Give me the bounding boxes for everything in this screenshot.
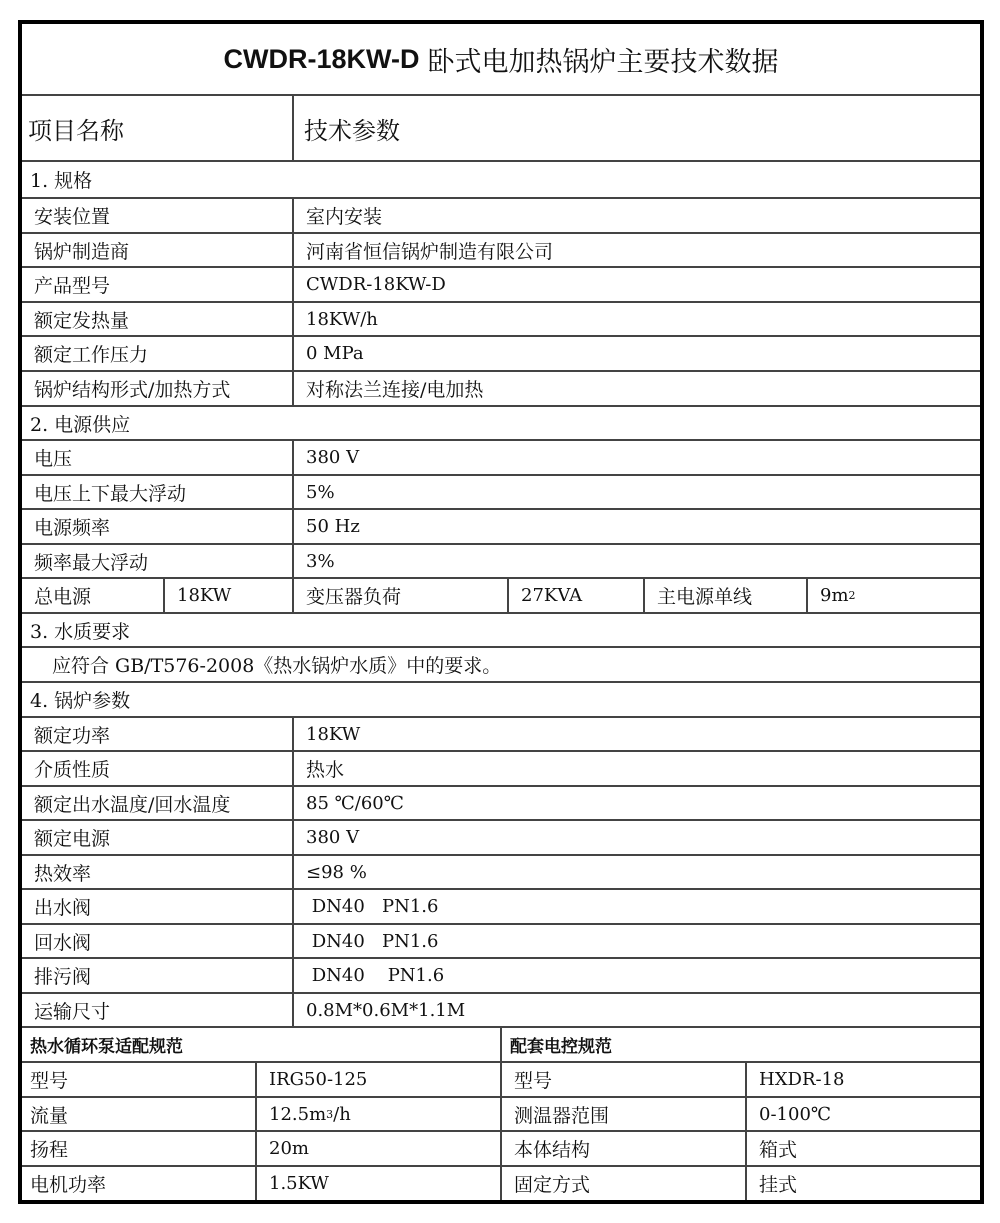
row-label: 额定工作压力 (22, 337, 292, 370)
row-value: DN40 PN1.6 (292, 890, 980, 923)
pump-flow-value: 12.5m (269, 1104, 326, 1125)
table-row: 热效率 ≤98 % (22, 856, 980, 890)
title-model: CWDR-18KW-D (224, 44, 420, 75)
row-value: DN40 PN1.6 (292, 959, 980, 992)
table-row: 产品型号 CWDR-18KW-D (22, 268, 980, 303)
control-value: 箱式 (745, 1132, 980, 1165)
header-tech-params: 技术参数 (292, 96, 980, 160)
spec-table: CWDR-18KW-D 卧式电加热锅炉主要技术数据 项目名称 技术参数 1. 规… (18, 20, 984, 1204)
section4-heading: 4. 锅炉参数 (22, 683, 980, 716)
mainline-value-text: 9m (820, 585, 849, 606)
section3-heading: 3. 水质要求 (22, 614, 980, 646)
title-row: CWDR-18KW-D 卧式电加热锅炉主要技术数据 (22, 24, 980, 96)
table-row: 介质性质 热水 (22, 752, 980, 787)
section-heading: 3. 水质要求 (22, 614, 980, 648)
title-text: 卧式电加热锅炉主要技术数据 (427, 40, 778, 79)
row-label: 电压上下最大浮动 (22, 476, 292, 508)
pump-value: IRG50-125 (255, 1063, 500, 1096)
page-title: CWDR-18KW-D 卧式电加热锅炉主要技术数据 (22, 24, 980, 94)
table-row: 锅炉制造商 河南省恒信锅炉制造有限公司 (22, 234, 980, 268)
table-row: 额定功率 18KW (22, 718, 980, 752)
control-label: 测温器范围 (500, 1098, 745, 1130)
row-label: 介质性质 (22, 752, 292, 785)
row-label: 额定发热量 (22, 303, 292, 335)
row-value: 380 V (292, 821, 980, 854)
control-label: 型号 (500, 1063, 745, 1096)
power-row: 总电源 18KW 变压器负荷 27KVA 主电源单线 9m2 (22, 579, 980, 614)
pump-value: 20m (255, 1132, 500, 1165)
control-label: 本体结构 (500, 1132, 745, 1165)
row-label: 额定功率 (22, 718, 292, 750)
row-value: 3% (292, 545, 980, 577)
mainline-label: 主电源单线 (643, 579, 806, 612)
table-row: 回水阀 DN40 PN1.6 (22, 925, 980, 959)
section-heading: 1. 规格 (22, 162, 980, 199)
table-row: 流量 12.5m3/h 测温器范围 0-100℃ (22, 1098, 980, 1132)
pump-label: 扬程 (22, 1132, 255, 1165)
pump-label: 型号 (22, 1063, 255, 1096)
control-value: 挂式 (745, 1167, 980, 1200)
row-label: 排污阀 (22, 959, 292, 992)
table-row: 额定发热量 18KW/h (22, 303, 980, 337)
section-heading: 2. 电源供应 (22, 407, 980, 441)
total-power-label: 总电源 (22, 579, 163, 612)
row-value: 对称法兰连接/电加热 (292, 372, 980, 405)
row-label: 锅炉制造商 (22, 234, 292, 266)
control-value: 0-100℃ (745, 1098, 980, 1130)
table-row: 额定工作压力 0 MPa (22, 337, 980, 372)
row-value: 380 V (292, 441, 980, 474)
row-value: 50 Hz (292, 510, 980, 543)
mainline-value: 9m2 (806, 579, 980, 612)
table-row: 频率最大浮动 3% (22, 545, 980, 579)
row-value: ≤98 % (292, 856, 980, 888)
row-label: 频率最大浮动 (22, 545, 292, 577)
table-row: 锅炉结构形式/加热方式 对称法兰连接/电加热 (22, 372, 980, 407)
row-label: 安装位置 (22, 199, 292, 232)
row-value: 5% (292, 476, 980, 508)
table-row: 安装位置 室内安装 (22, 199, 980, 234)
table-row: 额定出水温度/回水温度 85 ℃/60℃ (22, 787, 980, 821)
subtable-heading-row: 热水循环泵适配规范 配套电控规范 (22, 1028, 980, 1063)
water-quality-text: 应符合 GB/T576-2008《热水锅炉水质》中的要求。 (22, 648, 980, 681)
row-label: 回水阀 (22, 925, 292, 957)
section2-heading: 2. 电源供应 (22, 407, 980, 439)
row-label: 运输尺寸 (22, 994, 292, 1026)
row-label: 出水阀 (22, 890, 292, 923)
pump-label: 电机功率 (22, 1167, 255, 1200)
control-value: HXDR-18 (745, 1063, 980, 1096)
pump-flow-suffix: /h (333, 1104, 351, 1125)
row-label: 电压 (22, 441, 292, 474)
mainline-unit-sup: 2 (849, 589, 856, 602)
table-row: 额定电源 380 V (22, 821, 980, 856)
row-value: 18KW (292, 718, 980, 750)
table-row: 出水阀 DN40 PN1.6 (22, 890, 980, 925)
table-row: 电源频率 50 Hz (22, 510, 980, 545)
row-value: 室内安装 (292, 199, 980, 232)
pump-flow-sup: 3 (326, 1108, 333, 1121)
table-row: 电压 380 V (22, 441, 980, 476)
row-label: 热效率 (22, 856, 292, 888)
row-value: 河南省恒信锅炉制造有限公司 (292, 234, 980, 266)
row-value: 0 MPa (292, 337, 980, 370)
control-label: 固定方式 (500, 1167, 745, 1200)
header-row: 项目名称 技术参数 (22, 96, 980, 162)
table-row: 运输尺寸 0.8M*0.6M*1.1M (22, 994, 980, 1028)
row-value: 热水 (292, 752, 980, 785)
table-row: 扬程 20m 本体结构 箱式 (22, 1132, 980, 1167)
table-row: 应符合 GB/T576-2008《热水锅炉水质》中的要求。 (22, 648, 980, 683)
row-value: 85 ℃/60℃ (292, 787, 980, 819)
table-row: 型号 IRG50-125 型号 HXDR-18 (22, 1063, 980, 1098)
pump-heading: 热水循环泵适配规范 (22, 1028, 500, 1061)
row-value: 18KW/h (292, 303, 980, 335)
row-label: 额定出水温度/回水温度 (22, 787, 292, 819)
row-value: CWDR-18KW-D (292, 268, 980, 301)
pump-label: 流量 (22, 1098, 255, 1130)
header-item-name: 项目名称 (22, 96, 292, 160)
row-value: DN40 PN1.6 (292, 925, 980, 957)
section1-heading: 1. 规格 (22, 162, 980, 197)
table-row: 电压上下最大浮动 5% (22, 476, 980, 510)
row-label: 产品型号 (22, 268, 292, 301)
row-label: 额定电源 (22, 821, 292, 854)
section-heading: 4. 锅炉参数 (22, 683, 980, 718)
row-label: 锅炉结构形式/加热方式 (22, 372, 292, 405)
row-value: 0.8M*0.6M*1.1M (292, 994, 980, 1026)
pump-value: 1.5KW (255, 1167, 500, 1200)
pump-value: 12.5m3/h (255, 1098, 500, 1130)
control-heading: 配套电控规范 (500, 1028, 980, 1061)
row-label: 电源频率 (22, 510, 292, 543)
total-power-value: 18KW (163, 579, 292, 612)
table-row: 排污阀 DN40 PN1.6 (22, 959, 980, 994)
transformer-label: 变压器负荷 (292, 579, 507, 612)
transformer-value: 27KVA (507, 579, 643, 612)
table-row: 电机功率 1.5KW 固定方式 挂式 (22, 1167, 980, 1200)
